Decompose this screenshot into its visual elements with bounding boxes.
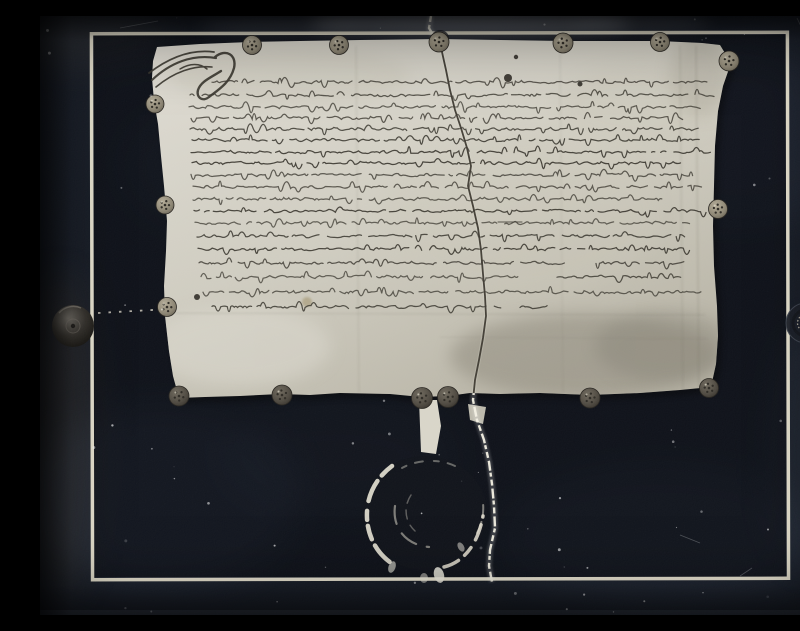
charter-photograph [40, 16, 800, 615]
film-grain [40, 16, 800, 615]
photo-scene [40, 16, 800, 615]
